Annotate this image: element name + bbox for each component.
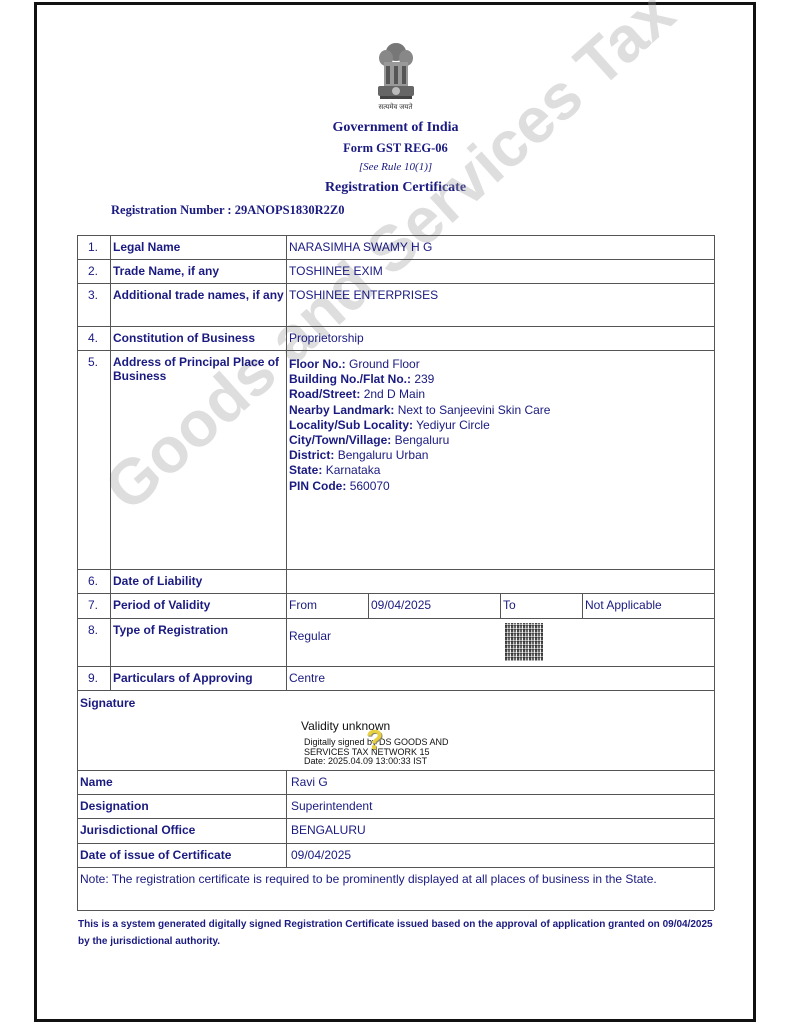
address-line: State: Karnataka [289,463,709,478]
row-value: TOSHINEE ENTERPRISES [289,288,438,302]
officer-label: Date of issue of Certificate [80,848,231,862]
row-number: 6. [88,574,98,588]
address-key: PIN Code: [289,479,346,493]
footer-statement: This is a system generated digitally sig… [78,916,718,950]
address-key: State: [289,463,322,477]
row-value: TOSHINEE EXIM [289,264,383,278]
officer-value: Superintendent [291,799,372,813]
address-value: Karnataka [326,463,381,477]
government-title: Government of India [0,120,791,136]
row-label: Constitution of Business [113,331,285,345]
address-value: 2nd D Main [364,387,425,401]
officer-label: Name [80,775,113,789]
row-label: Particulars of Approving [113,671,285,685]
row-label: Period of Validity [113,598,285,612]
address-value: Bengaluru Urban [338,448,429,462]
validity-from-label: From [289,598,317,612]
row-number: 7. [88,598,98,612]
emblem-motto: सत्यमेव जयते [0,103,791,112]
address-line: District: Bengaluru Urban [289,448,709,463]
signature-label: Signature [80,696,135,710]
officer-value: 09/04/2025 [291,848,351,862]
signature-line-3: Date: 2025.04.09 13:00:33 IST [304,757,449,767]
rule-reference: [See Rule 10(1)] [0,161,791,173]
certificate-title: Registration Certificate [0,180,791,196]
address-block: Floor No.: Ground FloorBuilding No./Flat… [289,357,709,494]
row-label: Trade Name, if any [113,264,285,278]
national-emblem-icon [372,40,420,112]
display-note: Note: The registration certificate is re… [80,872,710,886]
officer-value: BENGALURU [291,823,366,837]
row-number: 1. [88,240,98,254]
address-value: Bengaluru [395,433,450,447]
row-number: 9. [88,671,98,685]
row-label: Additional trade names, if any [113,288,285,302]
address-key: District: [289,448,334,462]
row-value: Regular [289,629,331,643]
qr-code [505,623,543,661]
officer-label: Designation [80,799,149,813]
row-number: 4. [88,331,98,345]
address-line: Road/Street: 2nd D Main [289,387,709,402]
address-line: PIN Code: 560070 [289,479,709,494]
validity-from-date: 09/04/2025 [371,598,431,612]
address-line: Floor No.: Ground Floor [289,357,709,372]
address-line: Building No./Flat No.: 239 [289,372,709,387]
form-title: Form GST REG-06 [0,141,791,156]
address-key: Building No./Flat No.: [289,372,411,386]
row-value: Proprietorship [289,331,364,345]
question-mark-icon[interactable]: ? [366,724,383,756]
address-line: City/Town/Village: Bengaluru [289,433,709,448]
row-number: 8. [88,623,98,637]
row-number: 3. [88,288,98,302]
address-key: Locality/Sub Locality: [289,418,413,432]
row-value: Centre [289,671,325,685]
address-line: Nearby Landmark: Next to Sanjeevini Skin… [289,403,709,418]
row-label: Date of Liability [113,574,285,588]
address-value: Ground Floor [349,357,420,371]
address-value: 560070 [350,479,390,493]
address-value: Yediyur Circle [416,418,490,432]
row-number: 2. [88,264,98,278]
row-label: Address of Principal Place of Business [113,355,285,383]
row-number: 5. [88,355,98,369]
officer-value: Ravi G [291,775,328,789]
address-key: Floor No.: [289,357,346,371]
address-key: City/Town/Village: [289,433,391,447]
address-value: 239 [414,372,434,386]
address-key: Nearby Landmark: [289,403,394,417]
registration-number: Registration Number : 29ANOPS1830R2Z0 [111,203,344,218]
validity-to-value: Not Applicable [585,598,662,612]
officer-label: Jurisdictional Office [80,823,195,837]
address-line: Locality/Sub Locality: Yediyur Circle [289,418,709,433]
address-value: Next to Sanjeevini Skin Care [398,403,551,417]
row-label: Legal Name [113,240,285,254]
row-label: Type of Registration [113,623,285,637]
row-value: NARASIMHA SWAMY H G [289,240,432,254]
validity-to-label: To [503,598,516,612]
address-key: Road/Street: [289,387,360,401]
